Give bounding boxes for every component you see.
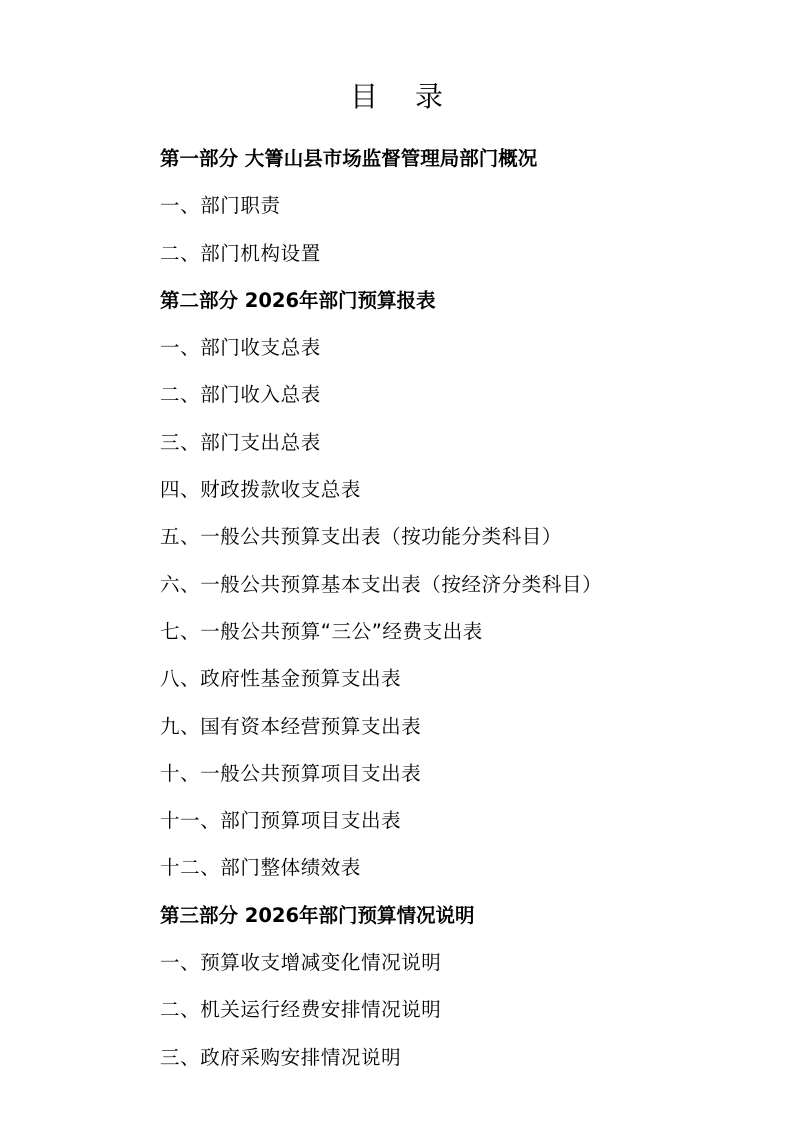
toc-item[interactable]: 九、国有资本经营预算支出表 [160,711,602,758]
toc-item[interactable]: 四、财政拨款收支总表 [160,474,602,521]
toc-item[interactable]: 一、预算收支增减变化情况说明 [160,947,602,994]
page-title: 目 录 [0,78,793,116]
toc-item[interactable]: 二、部门收入总表 [160,379,602,426]
document-page: 目 录 第一部分 大箐山县市场监督管理局部门概况 一、部门职责 二、部门机构设置… [0,0,793,1122]
toc-item[interactable]: 一、部门收支总表 [160,332,602,379]
toc-item[interactable]: 五、一般公共预算支出表（按功能分类科目） [160,521,602,568]
toc-item[interactable]: 三、部门支出总表 [160,427,602,474]
toc-item[interactable]: 六、一般公共预算基本支出表（按经济分类科目） [160,569,602,616]
toc-item[interactable]: 二、机关运行经费安排情况说明 [160,994,602,1041]
toc-item[interactable]: 十、一般公共预算项目支出表 [160,758,602,805]
toc-item[interactable]: 十二、部门整体绩效表 [160,852,602,899]
toc-item[interactable]: 七、一般公共预算“三公”经费支出表 [160,616,602,663]
toc-item[interactable]: 十一、部门预算项目支出表 [160,805,602,852]
toc-item[interactable]: 一、部门职责 [160,190,602,237]
toc-part-3[interactable]: 第三部分 2026年部门预算情况说明 [160,900,602,947]
table-of-contents: 第一部分 大箐山县市场监督管理局部门概况 一、部门职责 二、部门机构设置 第二部… [160,143,602,1089]
toc-item[interactable]: 二、部门机构设置 [160,238,602,285]
toc-part-1[interactable]: 第一部分 大箐山县市场监督管理局部门概况 [160,143,602,190]
toc-item[interactable]: 八、政府性基金预算支出表 [160,663,602,710]
toc-part-2[interactable]: 第二部分 2026年部门预算报表 [160,285,602,332]
toc-item[interactable]: 三、政府采购安排情况说明 [160,1042,602,1089]
